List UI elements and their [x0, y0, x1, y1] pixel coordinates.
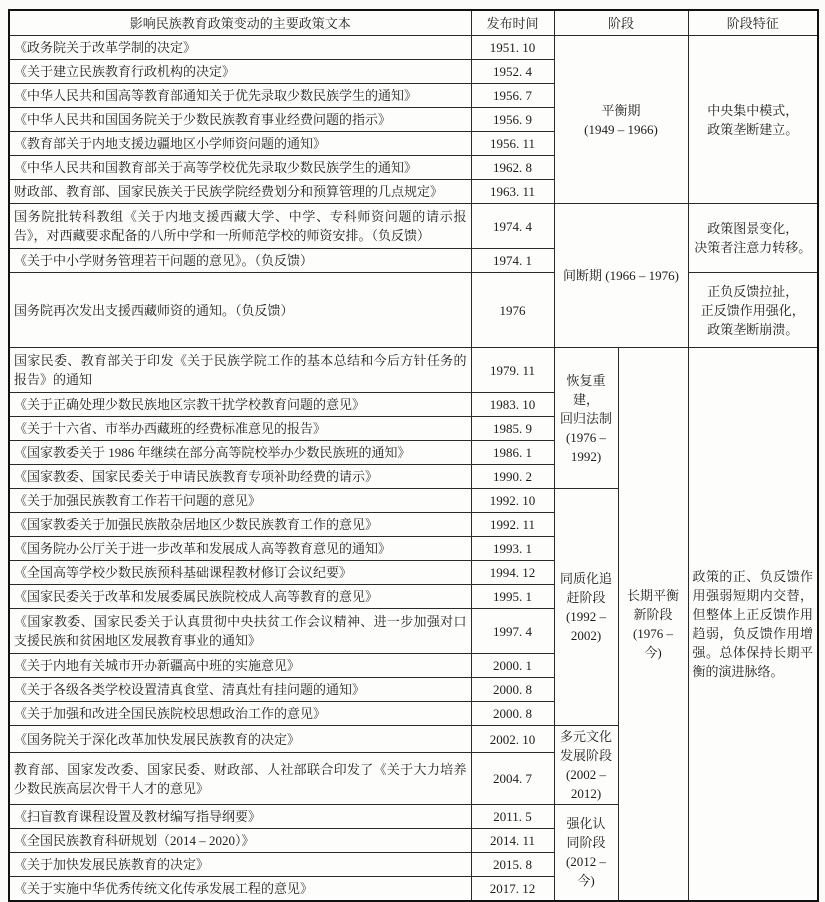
publish-date: 1976 — [471, 273, 554, 348]
policy-title: 《中华人民共和国教育部关于高等学校优先录取少数民族学生的通知》 — [9, 156, 471, 180]
policy-title: 《国家教委、国家民委关于申请民族教育专项补助经费的请示》 — [9, 465, 471, 489]
policy-title: 《关于各级各类学校设置清真食堂、清真灶有挂问题的通知》 — [9, 678, 471, 702]
stage-cell-longterm: 长期平衡 新阶段 (1976 – 今) — [618, 348, 688, 892]
publish-date: 2015. 8 — [471, 853, 554, 877]
publish-date: 1956. 7 — [471, 84, 554, 108]
column-header-stage: 阶段 — [554, 10, 688, 36]
scanned-policy-table-page: 影响民族教育政策变动的主要政策文本 发布时间 阶段 阶段特征 《政务院关于改革学… — [8, 9, 819, 891]
publish-date: 1985. 9 — [471, 417, 554, 441]
publish-date: 1992. 11 — [471, 513, 554, 537]
publish-date: 1993. 1 — [471, 537, 554, 561]
policy-title: 国家民委、教育部关于印发《关于民族学院工作的基本总结和今后方针任务的报告》的通知 — [9, 348, 471, 393]
stage-cell-homogenization: 同质化追 赶阶段 (1992 – 2002) — [554, 489, 618, 726]
column-header-policy-text: 影响民族教育政策变动的主要政策文本 — [9, 10, 471, 36]
feature-cell-interruption-b: 正负反馈拉扯， 正反馈作用强化， 政策垄断崩溃。 — [688, 273, 818, 348]
column-header-publish-time: 发布时间 — [471, 10, 554, 36]
publish-date: 2017. 12 — [471, 877, 554, 892]
policy-title: 国务院再次发出支援西藏师资的通知。（负反馈） — [9, 273, 471, 348]
table-row: 国务院批转科教组《关于内地支援西藏大学、中学、专科师资问题的请示报告》，对西藏要… — [9, 204, 818, 249]
table-row: 国务院再次发出支援西藏师资的通知。（负反馈） 1976 正负反馈拉扯， 正反馈作… — [9, 273, 818, 348]
policy-title: 《国务院关于深化改革加快发展民族教育的决定》 — [9, 726, 471, 753]
publish-date: 1979. 11 — [471, 348, 554, 393]
policy-title: 《关于加快发展民族教育的决定》 — [9, 853, 471, 877]
stage-cell-balance: 平衡期 (1949 – 1966) — [554, 36, 688, 204]
policy-title: 《中华人民共和国高等教育部通知关于优先录取少数民族学生的通知》 — [9, 84, 471, 108]
publish-date: 2011. 5 — [471, 805, 554, 829]
policy-title: 《国家教委关于 1986 年继续在部分高等院校举办少数民族班的通知》 — [9, 441, 471, 465]
publish-date: 1974. 1 — [471, 249, 554, 273]
policy-title: 《政务院关于改革学制的决定》 — [9, 36, 471, 60]
policy-table: 影响民族教育政策变动的主要政策文本 发布时间 阶段 阶段特征 《政务院关于改革学… — [8, 9, 819, 891]
policy-title: 《关于内地有关城市开办新疆高中班的实施意见》 — [9, 654, 471, 678]
table-row: 《政务院关于改革学制的决定》 1951. 10 平衡期 (1949 – 1966… — [9, 36, 818, 60]
table-row: 国家民委、教育部关于印发《关于民族学院工作的基本总结和今后方针任务的报告》的通知… — [9, 348, 818, 393]
stage-cell-identity: 强化认 同阶段 (2012 – 今) — [554, 805, 618, 892]
policy-title: 《教育部关于内地支援边疆地区小学师资问题的通知》 — [9, 132, 471, 156]
publish-date: 2000. 8 — [471, 678, 554, 702]
publish-date: 1983. 10 — [471, 393, 554, 417]
feature-cell-balance: 中央集中模式， 政策垄断建立。 — [688, 36, 818, 204]
publish-date: 2004. 7 — [471, 753, 554, 805]
policy-title: 《国家教委、国家民委关于认真贯彻中央扶贫工作会议精神、进一步加强对口支援民族和贫… — [9, 609, 471, 654]
policy-title: 《扫盲教育课程设置及教材编写指导纲要》 — [9, 805, 471, 829]
policy-title: 《关于加强和改进全国民族院校思想政治工作的意见》 — [9, 702, 471, 726]
policy-title: 《国家民委关于改革和发展委属民族院校成人高等教育的意见》 — [9, 585, 471, 609]
policy-title: 《全国民族教育科研规划（2014 – 2020）》 — [9, 829, 471, 853]
publish-date: 1994. 12 — [471, 561, 554, 585]
publish-date: 1992. 10 — [471, 489, 554, 513]
stage-cell-recovery: 恢复重建， 回归法制 (1976 – 1992) — [554, 348, 618, 489]
feature-cell-interruption-a: 政策图景变化， 决策者注意力转移。 — [688, 204, 818, 273]
policy-title: 《关于中小学财务管理若干问题的意见》。（负反馈） — [9, 249, 471, 273]
stage-cell-interruption: 间断期 (1966 – 1976) — [554, 204, 688, 348]
feature-cell-longterm: 政策的正、负反馈作用强弱短期内交替，但整体上正反馈作用趋弱，负反馈作用增强。总体… — [688, 348, 818, 892]
publish-date: 2000. 8 — [471, 702, 554, 726]
policy-title: 国务院批转科教组《关于内地支援西藏大学、中学、专科师资问题的请示报告》，对西藏要… — [9, 204, 471, 249]
column-header-stage-feature: 阶段特征 — [688, 10, 818, 36]
publish-date: 2014. 11 — [471, 829, 554, 853]
publish-date: 1952. 4 — [471, 60, 554, 84]
publish-date: 1951. 10 — [471, 36, 554, 60]
policy-title: 《国务院办公厅关于进一步改革和发展成人高等教育意见的通知》 — [9, 537, 471, 561]
policy-title: 《关于十六省、市举办西藏班的经费标准意见的报告》 — [9, 417, 471, 441]
stage-cell-multicultural: 多元文化 发展阶段 (2002 – 2012) — [554, 726, 618, 805]
policy-title: 《关于实施中华优秀传统文化传承发展工程的意见》 — [9, 877, 471, 892]
publish-date: 2002. 10 — [471, 726, 554, 753]
publish-date: 1956. 9 — [471, 108, 554, 132]
publish-date: 1997. 4 — [471, 609, 554, 654]
policy-title: 《全国高等学校少数民族预科基础课程教材修订会议纪要》 — [9, 561, 471, 585]
publish-date: 1962. 8 — [471, 156, 554, 180]
policy-title: 《关于正确处理少数民族地区宗教干扰学校教育问题的意见》 — [9, 393, 471, 417]
publish-date: 1995. 1 — [471, 585, 554, 609]
publish-date: 1990. 2 — [471, 465, 554, 489]
policy-title: 《中华人民共和国国务院关于少数民族教育事业经费问题的指示》 — [9, 108, 471, 132]
publish-date: 1956. 11 — [471, 132, 554, 156]
policy-title: 财政部、教育部、国家民族关于民族学院经费划分和预算管理的几点规定》 — [9, 180, 471, 204]
policy-title: 教育部、国家发改委、国家民委、财政部、人社部联合印发了《关于大力培养少数民族高层… — [9, 753, 471, 805]
publish-date: 1963. 11 — [471, 180, 554, 204]
policy-title: 《关于加强民族教育工作若干问题的意见》 — [9, 489, 471, 513]
policy-title: 《国家教委关于加强民族散杂居地区少数民族教育工作的意见》 — [9, 513, 471, 537]
publish-date: 1986. 1 — [471, 441, 554, 465]
publish-date: 2000. 1 — [471, 654, 554, 678]
publish-date: 1974. 4 — [471, 204, 554, 249]
policy-title: 《关于建立民族教育行政机构的决定》 — [9, 60, 471, 84]
table-header-row: 影响民族教育政策变动的主要政策文本 发布时间 阶段 阶段特征 — [9, 10, 818, 36]
